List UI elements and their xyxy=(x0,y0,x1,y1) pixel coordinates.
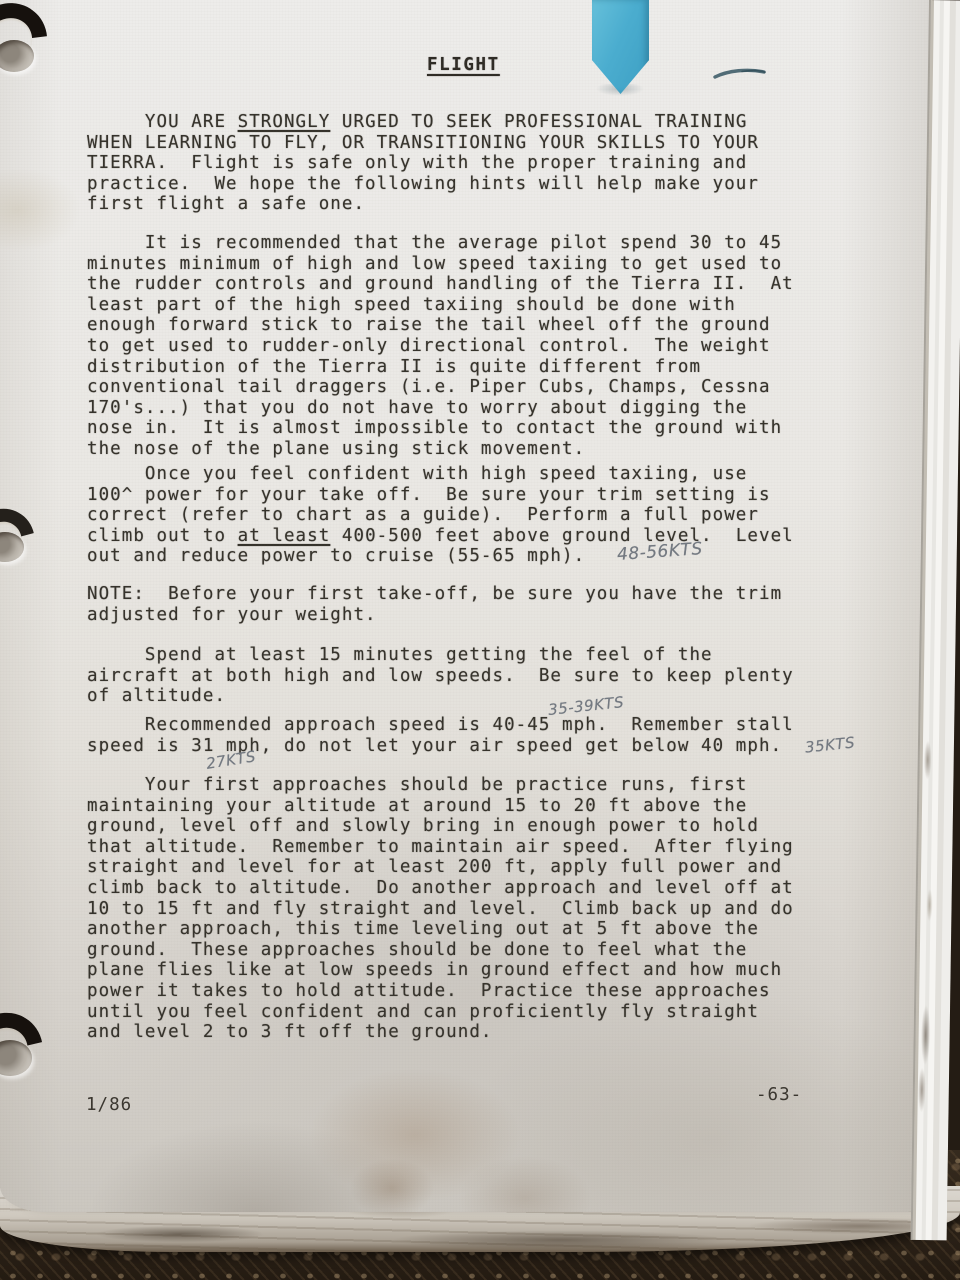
typed-line: another approach, this time leveling out… xyxy=(87,919,794,940)
typed-line: of altitude. xyxy=(87,686,794,707)
typed-line: least part of the high speed taxiing sho… xyxy=(87,295,794,316)
photo-scene: FLIGHT YOU ARE STRONGLY URGED TO SEEK PR… xyxy=(0,0,960,1280)
typed-line: NOTE: Before your first take-off, be sur… xyxy=(87,584,782,605)
typed-line: conventional tail draggers (i.e. Piper C… xyxy=(87,377,794,398)
typed-line: 10 to 15 ft and fly straight and level. … xyxy=(87,899,794,920)
typed-line: distribution of the Tierra II is quite d… xyxy=(87,357,794,378)
typed-line: Spend at least 15 minutes getting the fe… xyxy=(87,645,794,666)
typed-line: minutes minimum of high and low speed ta… xyxy=(87,254,794,275)
paragraph: It is recommended that the average pilot… xyxy=(87,233,794,460)
typed-line: aircraft at both high and low speeds. Be… xyxy=(87,666,794,687)
typed-line: the rudder controls and ground handling … xyxy=(87,274,794,295)
typed-line: climb back to altitude. Do another appro… xyxy=(87,878,794,899)
typed-line: plane flies like at low speeds in ground… xyxy=(87,960,794,981)
page-number: -63- xyxy=(756,1085,802,1105)
pen-mark xyxy=(712,64,768,84)
paragraph: NOTE: Before your first take-off, be sur… xyxy=(87,584,782,625)
typed-line: YOU ARE STRONGLY URGED TO SEEK PROFESSIO… xyxy=(87,112,759,133)
handwritten-annotation: 35KTS xyxy=(804,733,856,756)
typed-line: It is recommended that the average pilot… xyxy=(87,233,794,254)
paragraph: Recommended approach speed is 40-45 mph.… xyxy=(87,715,794,756)
typed-line: Your first approaches should be practice… xyxy=(87,775,794,796)
typed-line: ground. These approaches should be done … xyxy=(87,940,794,961)
typed-line: maintaining your altitude at around 15 t… xyxy=(87,796,794,817)
typed-line: Recommended approach speed is 40-45 mph.… xyxy=(87,715,794,736)
typed-line: nose in. It is almost impossible to cont… xyxy=(87,418,794,439)
typed-line: that altitude. Remember to maintain air … xyxy=(87,837,794,858)
typed-line: 170's...) that you do not have to worry … xyxy=(87,398,794,419)
typed-line: first flight a safe one. xyxy=(87,194,759,215)
paragraph: Your first approaches should be practice… xyxy=(87,775,794,1043)
typed-line: power it takes to hold attitude. Practic… xyxy=(87,981,794,1002)
typed-line: until you feel confident and can profici… xyxy=(87,1002,794,1023)
typed-line: WHEN LEARNING TO FLY, OR TRANSITIONING Y… xyxy=(87,133,759,154)
typed-line: correct (refer to chart as a guide). Per… xyxy=(87,505,794,526)
typed-line: to get used to rudder-only directional c… xyxy=(87,336,794,357)
typed-line: the nose of the plane using stick moveme… xyxy=(87,439,794,460)
paragraph: YOU ARE STRONGLY URGED TO SEEK PROFESSIO… xyxy=(87,112,759,215)
typed-text-layer: YOU ARE STRONGLY URGED TO SEEK PROFESSIO… xyxy=(0,0,932,1212)
revision-date: 1/86 xyxy=(86,1095,132,1115)
manual-page: FLIGHT YOU ARE STRONGLY URGED TO SEEK PR… xyxy=(0,0,932,1212)
paragraph: Spend at least 15 minutes getting the fe… xyxy=(87,645,794,707)
typed-line: and level 2 to 3 ft off the ground. xyxy=(87,1022,794,1043)
typed-line: straight and level for at least 200 ft, … xyxy=(87,857,794,878)
typed-line: enough forward stick to raise the tail w… xyxy=(87,315,794,336)
typed-line: ground, level off and slowly bring in en… xyxy=(87,816,794,837)
typed-line: 100^ power for your take off. Be sure yo… xyxy=(87,485,794,506)
typed-line: practice. We hope the following hints wi… xyxy=(87,174,759,195)
typed-line: Once you feel confident with high speed … xyxy=(87,464,794,485)
typed-line: TIERRA. Flight is safe only with the pro… xyxy=(87,153,759,174)
typed-line: speed is 31 mph, do not let your air spe… xyxy=(87,736,794,757)
typed-line: adjusted for your weight. xyxy=(87,605,782,626)
